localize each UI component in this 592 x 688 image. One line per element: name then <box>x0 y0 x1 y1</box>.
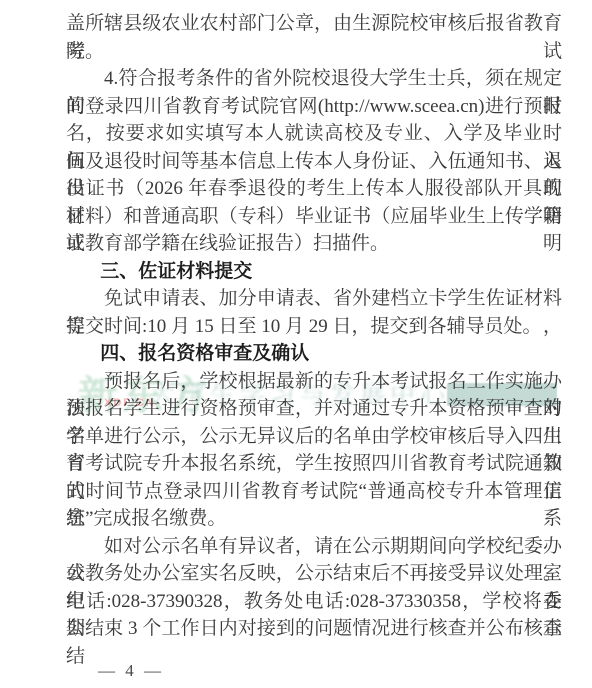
text-line: 4.符合报考条件的省外院校退役大学生士兵，须在规定的时 <box>66 65 562 93</box>
text-line-phone-numbers: 电话:028-37390328，教务处电话:028-37330358，学校将在公… <box>66 588 562 616</box>
text-line: 期结束 3 个工作日内对接到的问题情况进行核查并公布核查结 <box>66 615 562 643</box>
document-body: 盖所辖县级农业农村部门公章，由生源院校审核后报省教育考试 院。 4.符合报考条件… <box>0 0 592 681</box>
section-heading-evidence-materials: 三、佐证材料提交 <box>66 258 562 286</box>
text-line: 名，按要求如实填写本人就读高校及专业、入学及毕业时间、入 <box>66 120 562 148</box>
text-line: 预报名学生进行资格预审查，并对通过专升本资格预审查的学生 <box>66 395 562 423</box>
text-line: 育考试院专升本报名系统，学生按照四川省教育考试院通知的正 <box>66 450 562 478</box>
document-page: 新东方 XDF.CN 大学生学习与发展中心 盖所辖县级农业农村部门公章，由生源院… <box>0 0 592 688</box>
text-line: 材料）和普通高职（专科）毕业证书（应届毕业生上传学籍证明 <box>66 203 562 231</box>
text-line: 或教务处办公室实名反映，公示结束后不再接受异议处理。纪委 <box>66 560 562 588</box>
text-line: 免试申请表、加分申请表、省外建档立卡学生佐证材料等， <box>66 285 562 313</box>
text-line: 如对公示名单有异议者，请在公示期期间向学校纪委办公室 <box>66 533 562 561</box>
page-number: — 4 — <box>66 661 562 681</box>
text-line: 预报名后，学校根据最新的专升本考试报名工作实施办法对 <box>66 368 562 396</box>
text-line: 役证书（2026 年春季退役的考生上传本人服役部队开具的证明 <box>66 175 562 203</box>
text-line: 式时间节点登录四川省教育考试院“普通高校专升本管理信息系 <box>66 478 562 506</box>
text-line: 盖所辖县级农业农村部门公章，由生源院校审核后报省教育考试 <box>66 10 562 38</box>
text-line: 名单进行公示，公示无异议后的名单由学校审核后导入四川省教 <box>66 423 562 451</box>
text-line-with-url: 间登录四川省教育考试院官网(http://www.sceea.cn)进行预报 <box>66 93 562 121</box>
text-line: 伍及退役时间等基本信息上传本人身份证、入伍通知书、退出现 <box>66 148 562 176</box>
section-heading-qualification-review: 四、报名资格审查及确认 <box>66 340 562 368</box>
text-line-submission-dates: 提交时间:10 月 15 日至 10 月 29 日，提交到各辅导员处。 <box>66 313 562 341</box>
